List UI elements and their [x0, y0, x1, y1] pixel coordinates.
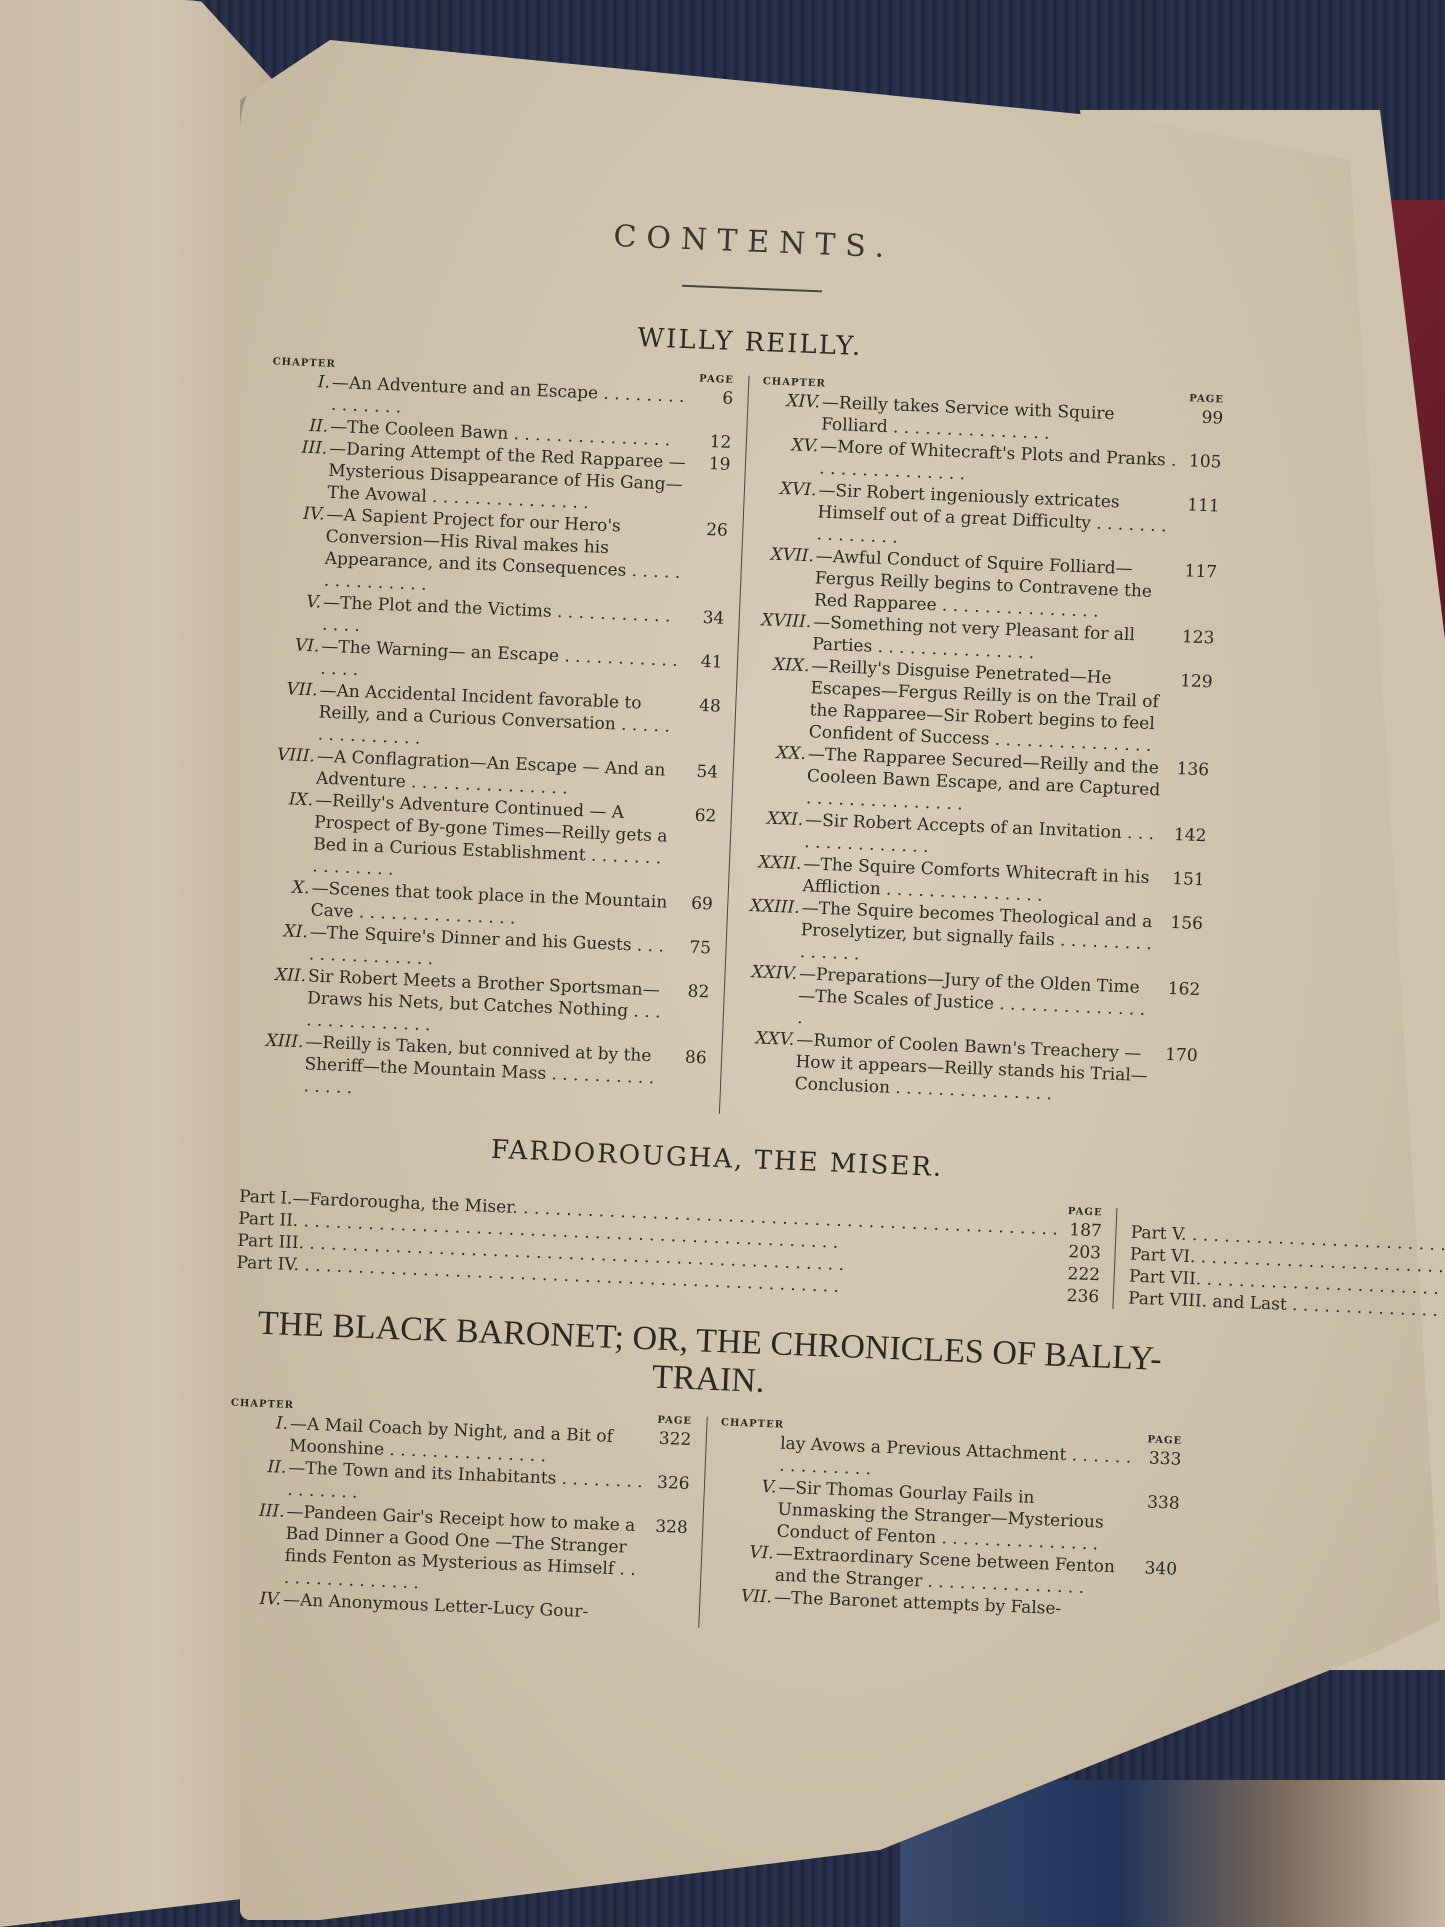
page-number: 322: [646, 1427, 692, 1473]
chapter-number: IV.: [264, 501, 327, 591]
chapter-number: XV.: [759, 433, 821, 479]
page-number: 75: [666, 936, 712, 982]
chapter-number: XXI.: [744, 807, 806, 853]
toc-column-left: PAGE Part I.—Fardorougha, the Miser.187P…: [222, 1172, 1118, 1309]
chapter-number: XXV.: [734, 1027, 797, 1095]
book-title: THE BLACK BARONET; OR, THE CHRONICLES OF…: [218, 1303, 1200, 1418]
chapter-label: CHAPTER: [231, 1398, 294, 1412]
toc-column-right: CHAPTERPAGE lay Avows a Previous Attachm…: [699, 1417, 1197, 1647]
chapter-label: CHAPTER: [721, 1417, 784, 1431]
page-number: 328: [641, 1515, 688, 1605]
chapter-number: I.: [271, 369, 333, 415]
chapter-title: —Reilly's Disguise Penetrated—He Escapes…: [808, 655, 1169, 757]
page-number: 41: [677, 650, 723, 696]
page-number: 105: [1176, 450, 1222, 496]
toc-column-left: CHAPTERPAGE I.—An Adventure and an Escap…: [229, 356, 749, 1114]
page-number: 69: [667, 892, 713, 938]
book-section-fardorougha: FARDOROUGHA, THE MISER. PAGE Part I.—Far…: [222, 1124, 1207, 1312]
chapter-number: XVI.: [756, 477, 819, 545]
chapter-title: —Rumor of Coolen Bawn's Treachery —How i…: [794, 1029, 1154, 1109]
page-number: 62: [669, 804, 716, 894]
chapter-number: XIV.: [761, 389, 823, 435]
page-number: 170: [1151, 1043, 1198, 1111]
chapter-number: V.: [262, 589, 324, 635]
chapter-number: XII.: [246, 963, 309, 1031]
chapter-number: X.: [250, 875, 312, 921]
page-number: 156: [1157, 911, 1204, 979]
page-number: 86: [660, 1046, 707, 1114]
page-label: PAGE: [657, 1415, 692, 1427]
page-number: 151: [1159, 867, 1205, 913]
page-number: 222: [1056, 1263, 1101, 1287]
chapter-number: XX.: [746, 741, 809, 809]
page-number: 12: [687, 430, 732, 454]
page-number: 129: [1166, 670, 1213, 760]
page-number: 99: [1178, 406, 1224, 452]
page-number: 338: [1133, 1491, 1180, 1559]
chapter-number: IV.: [223, 1586, 284, 1610]
chapter-number: II.: [270, 413, 331, 437]
page-number: 117: [1171, 560, 1218, 628]
page-label: PAGE: [699, 374, 734, 386]
page-number: 19: [684, 452, 731, 520]
toc-column-left: CHAPTERPAGE I.—A Mail Coach by Night, an…: [209, 1397, 708, 1628]
page-number: 54: [673, 760, 719, 806]
page-number: 162: [1154, 977, 1201, 1045]
chapter-number: XIX.: [748, 653, 811, 743]
chapter-title: —Reilly's Adventure Continued — A Prospe…: [312, 790, 673, 892]
chapter-number: [719, 1430, 781, 1476]
page-number: [640, 1603, 685, 1627]
page-number: 333: [1136, 1447, 1182, 1493]
chapter-number: VII.: [257, 677, 320, 745]
page-number: [1131, 1601, 1176, 1625]
chapter-number: XIII.: [243, 1029, 306, 1097]
chapter-title: —Reilly is Taken, but connived at by the…: [303, 1031, 663, 1111]
chapter-number: VIII.: [256, 743, 318, 789]
page-number: 340: [1132, 1557, 1178, 1603]
contents-block: CONTENTS. WILLY REILLY. CHAPTERPAGE I.—A…: [207, 205, 1244, 1677]
chapter-number: I.: [229, 1411, 291, 1457]
page-label: PAGE: [1147, 1434, 1182, 1446]
page-number: 142: [1161, 824, 1207, 870]
page-number: 48: [675, 694, 722, 762]
chapter-number: IX.: [252, 787, 315, 877]
chapter-number: VI.: [260, 633, 322, 679]
page-label: PAGE: [1189, 393, 1224, 405]
chapter-number: XI.: [249, 919, 311, 965]
title-rule: [682, 285, 822, 293]
chapter-number: XXIV.: [737, 961, 800, 1029]
chapter-number: XVIII.: [752, 609, 814, 655]
page-number: 82: [663, 980, 710, 1048]
chapter-number: III.: [267, 435, 330, 503]
page-number: 26: [681, 518, 728, 608]
chapter-number: VII.: [714, 1584, 775, 1608]
page-number: 34: [679, 606, 725, 652]
page-number: 236: [1055, 1285, 1100, 1309]
chapter-number: XXII.: [742, 851, 804, 897]
page-number: 136: [1163, 758, 1210, 826]
page-number: 187: [1057, 1219, 1102, 1243]
toc-column-right: CHAPTERPAGE XIV.—Reilly takes Service wi…: [719, 376, 1238, 1134]
page-number: 203: [1057, 1241, 1102, 1265]
chapter-number: III.: [224, 1499, 287, 1589]
chapter-number: II.: [227, 1455, 289, 1501]
chapter-number: V.: [716, 1474, 779, 1542]
chapter-title: —A Sapient Project for our Hero's Conver…: [324, 504, 685, 606]
page-number: 326: [644, 1471, 690, 1517]
book-section-willy-reilly: WILLY REILLY. CHAPTERPAGE I.—An Adventur…: [229, 308, 1240, 1134]
chapter-label: CHAPTER: [272, 356, 335, 370]
page-label: PAGE: [1068, 1206, 1103, 1218]
chapter-number: XXIII.: [740, 895, 803, 963]
chapter-number: XVII.: [754, 543, 817, 611]
page-number: 111: [1173, 494, 1220, 562]
chapter-number: VI.: [715, 1540, 777, 1586]
chapter-title: —Pandeen Gair's Receipt how to make a Ba…: [283, 1501, 644, 1603]
book-section-black-baronet: THE BLACK BARONET; OR, THE CHRONICLES OF…: [209, 1303, 1200, 1647]
page-number: 123: [1169, 626, 1215, 672]
page-number: 6: [688, 386, 734, 432]
chapter-label: CHAPTER: [763, 376, 826, 390]
